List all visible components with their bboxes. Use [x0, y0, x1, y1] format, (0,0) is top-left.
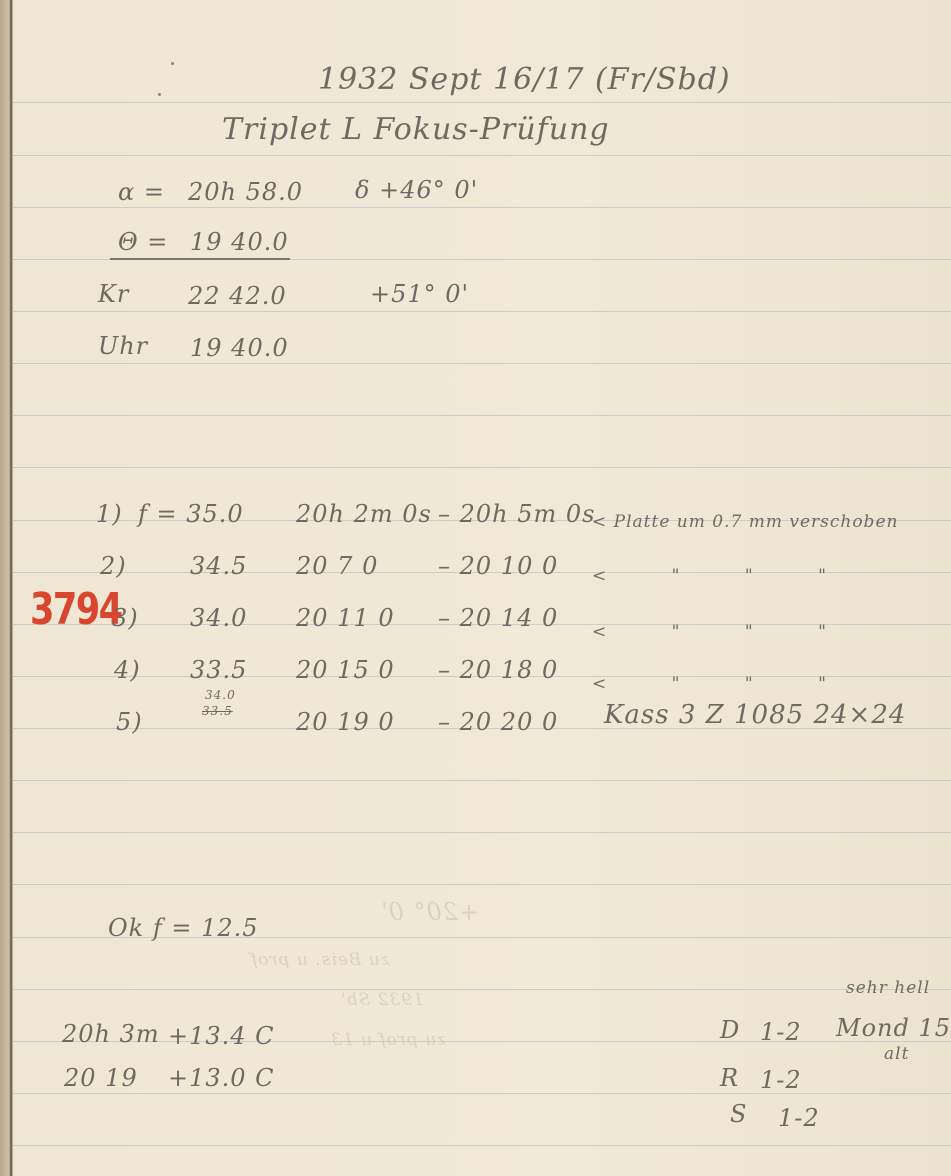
eyepiece-focal-length: Ok f = 12.5: [108, 914, 259, 942]
exposure-num: 3): [112, 604, 139, 632]
exposure-focus: f = 35.0: [138, 500, 244, 528]
notebook-spine: [0, 0, 13, 1176]
notebook-page: 1932 Sept 16/17 (Fr/Sbd) Triplet L Fokus…: [0, 0, 951, 1176]
exposure-start: 20h 2m 0s: [296, 500, 432, 528]
moon-brightness-note: sehr hell: [846, 978, 930, 998]
ruled-line: [13, 311, 951, 312]
condition-label: R: [720, 1064, 739, 1092]
kr-value: 22 42.0: [188, 282, 287, 310]
alpha-label: α =: [118, 178, 165, 206]
exposure-note: < " " ": [592, 566, 856, 586]
alpha-value: 20h 58.0: [188, 178, 303, 206]
exposure-focus: 34.5: [190, 552, 247, 580]
date-heading: 1932 Sept 16/17 (Fr/Sbd): [318, 62, 731, 97]
exposure-num: 4): [114, 656, 141, 684]
bleed-through-text: 1932 Sb': [340, 990, 424, 1010]
moon-age: Mond 15d: [836, 1014, 951, 1042]
exposure-note: < " " ": [592, 674, 856, 694]
exposure-end: – 20 14 0: [438, 604, 558, 632]
moon-age-note: alt: [884, 1044, 909, 1064]
exposure-end: – 20 20 0: [438, 708, 558, 736]
exposure-end: – 20 10 0: [438, 552, 558, 580]
ruled-line: [13, 467, 951, 468]
ruled-line: [13, 207, 951, 208]
ruled-line: [13, 155, 951, 156]
plate-number: 3794: [30, 584, 122, 635]
exposure-focus-struck: 33.5: [202, 704, 233, 718]
sum-underline: [110, 258, 290, 260]
bleed-through-text: zu Beis. u prof: [250, 950, 390, 970]
temperature-time: 20h 3m: [62, 1020, 160, 1048]
pencil-mark: [171, 62, 174, 65]
exposure-start: 20 15 0: [296, 656, 395, 684]
condition-value: 1-2: [760, 1066, 802, 1094]
exposure-start: 20 19 0: [296, 708, 395, 736]
theta-label: Θ =: [118, 228, 168, 256]
theta-value: 19 40.0: [190, 228, 289, 256]
condition-label: D: [720, 1016, 740, 1044]
temperature-value: +13.0 C: [168, 1064, 275, 1092]
exposure-end: – 20h 5m 0s: [438, 500, 596, 528]
uhr-label: Uhr: [98, 332, 148, 360]
exposure-start: 20 7 0: [296, 552, 378, 580]
kr-declination: +51° 0': [370, 280, 469, 308]
ruled-line: [13, 884, 951, 885]
exposure-focus: 34.0: [190, 604, 247, 632]
ruled-line: [13, 780, 951, 781]
bleed-through-text: +20° 0': [380, 898, 479, 926]
exposure-note: < Platte um 0.7 mm verschoben: [592, 512, 898, 532]
exposure-num: 2): [100, 552, 127, 580]
exposure-num: 1): [96, 500, 123, 528]
cassette-note: Kass 3 Z 1085 24×24: [604, 700, 906, 730]
condition-value: 1-2: [760, 1018, 802, 1046]
ruled-line: [13, 102, 951, 103]
exposure-note: < " " ": [592, 622, 856, 642]
ruled-line: [13, 1093, 951, 1094]
ruled-line: [13, 832, 951, 833]
temperature-time: 20 19: [64, 1064, 138, 1092]
kr-label: Kr: [98, 280, 129, 308]
ruled-line: [13, 1145, 951, 1146]
uhr-value: 19 40.0: [190, 334, 289, 362]
condition-value: 1-2: [778, 1104, 820, 1132]
page-title: Triplet L Fokus-Prüfung: [222, 112, 610, 147]
ruled-line: [13, 415, 951, 416]
exposure-num: 5): [116, 708, 143, 736]
exposure-end: – 20 18 0: [438, 656, 558, 684]
exposure-focus: 33.5: [190, 656, 247, 684]
bleed-through-text: zu prof u 13: [330, 1030, 446, 1050]
ruled-line: [13, 989, 951, 990]
exposure-focus-corrected: 34.0: [205, 688, 236, 702]
ruled-line: [13, 363, 951, 364]
temperature-value: +13.4 C: [168, 1022, 275, 1050]
delta-value: δ +46° 0': [355, 176, 478, 204]
exposure-start: 20 11 0: [296, 604, 395, 632]
pencil-mark: [158, 93, 161, 96]
condition-label: S: [730, 1100, 747, 1128]
